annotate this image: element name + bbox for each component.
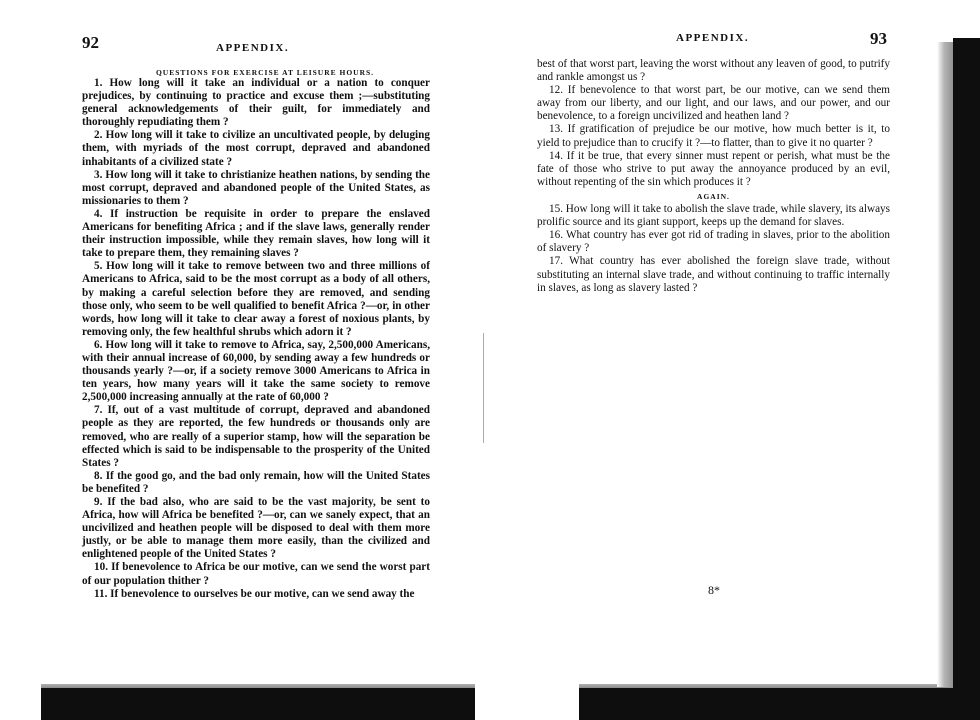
scan-border-left	[41, 688, 475, 720]
page-number: 92	[82, 33, 99, 53]
question-11-continued: best of that worst part, leaving the wor…	[537, 58, 890, 84]
section-title: QUESTIONS FOR EXERCISE AT LEISURE HOURS.	[150, 68, 380, 77]
signature-mark: 8*	[708, 583, 720, 598]
running-head: APPENDIX.	[676, 32, 749, 44]
right-body-text: best of that worst part, leaving the wor…	[537, 58, 890, 295]
question-17: 17. What country has ever abolished the …	[537, 255, 890, 294]
question-1: 1. How long will it take an individual o…	[82, 77, 430, 129]
question-10: 10. If benevolence to Africa be our moti…	[82, 561, 430, 587]
question-8: 8. If the good go, and the bad only rema…	[82, 470, 430, 496]
question-15: 15. How long will it take to abolish the…	[537, 203, 890, 229]
page-number: 93	[870, 29, 887, 49]
question-11: 11. If benevolence to ourselves be our m…	[82, 588, 430, 601]
left-body-text: 1. How long will it take an individual o…	[82, 77, 430, 601]
question-3: 3. How long will it take to christianize…	[82, 169, 430, 208]
question-16: 16. What country has ever got rid of tra…	[537, 229, 890, 255]
left-page: 92 APPENDIX. QUESTIONS FOR EXERCISE AT L…	[0, 0, 480, 720]
scan-border-right	[579, 688, 980, 720]
question-2: 2. How long will it take to civilize an …	[82, 129, 430, 168]
question-14: 14. If it be true, that every sinner mus…	[537, 150, 890, 189]
question-7: 7. If, out of a vast multitude of corrup…	[82, 404, 430, 469]
scan-border-edge	[953, 38, 980, 690]
question-6: 6. How long will it take to remove to Af…	[82, 339, 430, 404]
question-13: 13. If gratification of prejudice be our…	[537, 123, 890, 149]
question-9: 9. If the bad also, who are said to be t…	[82, 496, 430, 561]
running-head: APPENDIX.	[216, 42, 289, 54]
question-4: 4. If instruction be requisite in order …	[82, 208, 430, 260]
question-5: 5. How long will it take to remove betwe…	[82, 260, 430, 339]
subheading-again: AGAIN.	[537, 190, 890, 203]
question-12: 12. If benevolence to that worst part, b…	[537, 84, 890, 123]
